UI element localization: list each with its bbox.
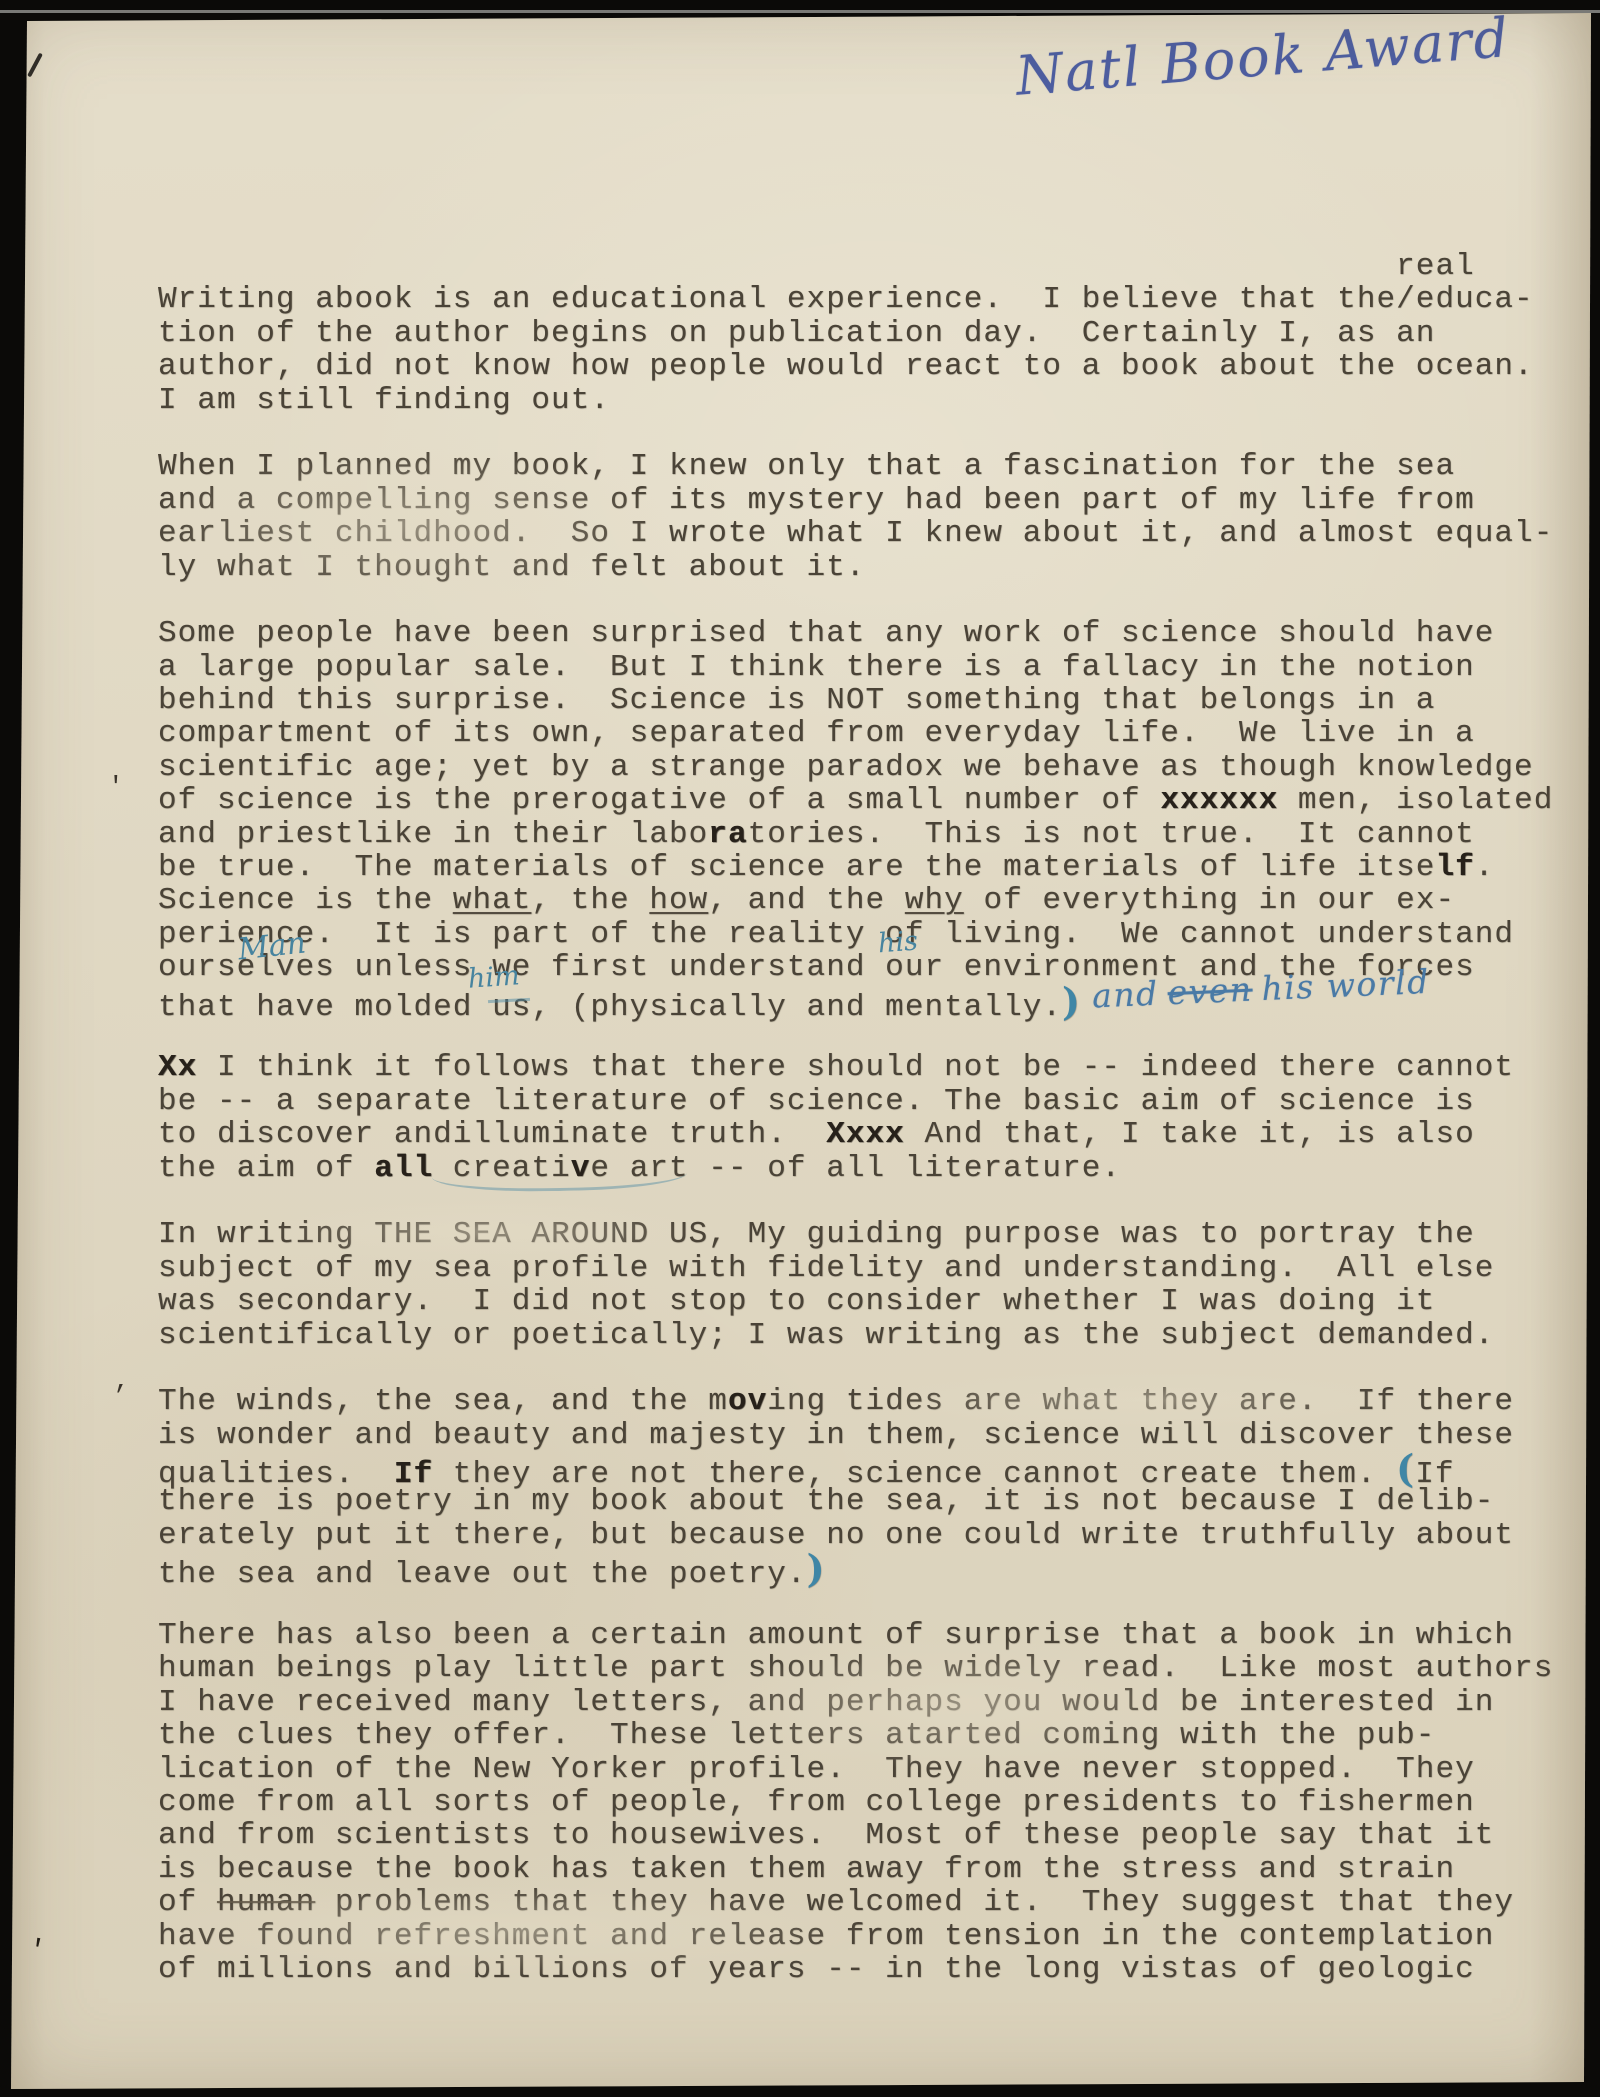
typescript-segment: that have molded us, (physically and men… (158, 990, 1062, 1025)
typescript-segment-b: all (374, 1151, 433, 1186)
typescript-segment: the clues they offer. These letters atar… (158, 1718, 1435, 1753)
typescript-segment: come from all sorts of people, from coll… (158, 1785, 1475, 1820)
typescript-line: Writing abook is an educational experien… (158, 283, 1600, 316)
document-scan: Natl Book Award realWriting abook is an … (0, 0, 1600, 2097)
handwritten-his-annotation: his (877, 926, 919, 960)
typescript-line: and a compelling sense of its mystery ha… (158, 484, 1600, 517)
typescript-line: and priestlike in their laboratories. Th… (158, 818, 1600, 851)
typescript-segment-b: Xxxx (826, 1117, 905, 1152)
typescript-line: subject of my sea profile with fidelity … (158, 1252, 1600, 1285)
typescript-segment: of (158, 1885, 217, 1920)
handwritten-him-annotation: him (467, 960, 521, 995)
corner-ink-tick (27, 53, 43, 78)
typescript-segment: subject of my sea profile with fidelity … (158, 1251, 1494, 1286)
typescript-line: qualities. If they are not there, scienc… (158, 1452, 1600, 1485)
typescript-segment: perience. It is part of the reality of l… (158, 917, 1514, 952)
typescript-line: When I planned my book, I knew only that… (158, 450, 1600, 483)
typescript-line: Science is the what, the how, and the wh… (158, 884, 1600, 917)
typescript-segment: , the (531, 883, 649, 918)
typescript-line: lication of the New Yorker profile. They… (158, 1753, 1600, 1786)
typescript-segment: author, did not know how people would re… (158, 349, 1534, 384)
typescript-segment: lication of the New Yorker profile. They… (158, 1752, 1475, 1787)
handwritten-man-annotation: Man (236, 926, 307, 968)
typescript-line: have found refreshment and release from … (158, 1920, 1600, 1953)
typescript-segment: men, isolated (1278, 783, 1553, 818)
typescript-line: come from all sorts of people, from coll… (158, 1786, 1600, 1819)
typescript-segment: be -- a separate literature of science. … (158, 1084, 1475, 1119)
typescript-paragraph: The winds, the sea, and the moving tides… (158, 1385, 1600, 1585)
typescript-segment: Science is the (158, 883, 453, 918)
typescript-segment: of everything in our ex- (964, 883, 1455, 918)
ink-speck: ' (25, 1935, 47, 1968)
paper-sheet: Natl Book Award realWriting abook is an … (0, 0, 1600, 2097)
typescript-segment: real (158, 249, 1475, 284)
typescript-segment: I have received many letters, and perhap… (158, 1685, 1494, 1720)
handwritten-struck-word: even (1167, 970, 1254, 1013)
typescript-segment: There has also been a certain amount of … (158, 1618, 1514, 1653)
typescript-line: Some people have been surprised that any… (158, 617, 1600, 650)
typescript-segment: scientific age; yet by a strange paradox… (158, 750, 1534, 785)
typescript-line: scientifically or poetically; I was writ… (158, 1319, 1600, 1352)
typescript-line: is wonder and beauty and majesty in them… (158, 1419, 1600, 1452)
typescript-segment: When I planned my book, I knew only that… (158, 449, 1455, 484)
typescript-body: realWriting abook is an educational expe… (158, 250, 1600, 2020)
typescript-paragraph: realWriting abook is an educational expe… (158, 250, 1600, 417)
typescript-line: erately put it there, but because no one… (158, 1519, 1600, 1552)
typescript-paragraph: Xx I think it follows that there should … (158, 1051, 1600, 1185)
typescript-segment: scientifically or poetically; I was writ… (158, 1318, 1494, 1353)
typescript-line: real (158, 250, 1600, 283)
typescript-segment: And that, I take it, is also (905, 1117, 1475, 1152)
typescript-segment: a large popular sale. But I think there … (158, 650, 1475, 685)
typescript-line: compartment of its own, separated from e… (158, 717, 1600, 750)
typescript-line: In writing THE SEA AROUND US, My guiding… (158, 1218, 1600, 1251)
typescript-line: of science is the prerogative of a small… (158, 784, 1600, 817)
typescript-segment: problems that they have welcomed it. The… (315, 1885, 1514, 1920)
typescript-paragraph: There has also been a certain amount of … (158, 1619, 1600, 1986)
typescript-segment: In writing THE SEA AROUND US, My guiding… (158, 1217, 1475, 1252)
typescript-segment: human beings play little part should be … (158, 1651, 1553, 1686)
scanner-edge-artifact (0, 10, 1600, 13)
ink-speck: , (114, 1366, 130, 1396)
typescript-segment: behind this surprise. Science is NOT som… (158, 683, 1435, 718)
typescript-segment: ly what I thought and felt about it. (158, 550, 866, 585)
typescript-line: of human problems that they have welcome… (158, 1886, 1600, 1919)
typescript-segment: of science is the prerogative of a small… (158, 783, 1160, 818)
typescript-segment: Some people have been surprised that any… (158, 616, 1494, 651)
typescript-line: scientific age; yet by a strange paradox… (158, 751, 1600, 784)
typescript-segment: and a compelling sense of its mystery ha… (158, 483, 1475, 518)
typescript-line: there is poetry in my book about the sea… (158, 1485, 1600, 1518)
typescript-segment-u: what (453, 883, 532, 918)
typescript-segment-b: lf (1435, 850, 1474, 885)
typescript-segment: earliest childhood. So I wrote what I kn… (158, 516, 1553, 551)
typescript-paragraph: When I planned my book, I knew only that… (158, 450, 1600, 584)
typescript-segment: , and the (708, 883, 905, 918)
typescript-line: of millions and billions of years -- in … (158, 1953, 1600, 1986)
typescript-line: tion of the author begins on publication… (158, 317, 1600, 350)
typescript-segment: was secondary. I did not stop to conside… (158, 1284, 1435, 1319)
typescript-segment: to discover andilluminate truth. (158, 1117, 826, 1152)
typescript-line: the clues they offer. These letters atar… (158, 1719, 1600, 1752)
typescript-line: I have received many letters, and perhap… (158, 1686, 1600, 1719)
typescript-segment: have found refreshment and release from … (158, 1919, 1494, 1954)
typescript-line: is because the book has taken them away … (158, 1853, 1600, 1886)
typescript-segment-u: how (649, 883, 708, 918)
typescript-segment: the sea and leave out the poetry. (158, 1557, 807, 1592)
typescript-line: I am still finding out. (158, 384, 1600, 417)
typescript-segment: The winds, the sea, and the m (158, 1384, 728, 1419)
typescript-segment-b: ov (728, 1384, 767, 1419)
typescript-segment-b: xxxxxx (1160, 783, 1278, 818)
typescript-segment: be true. The materials of science are th… (158, 850, 1435, 885)
handwritten-addition-word: and (1091, 974, 1159, 1016)
typescript-segment: I am still finding out. (158, 383, 610, 418)
typescript-line: earliest childhood. So I wrote what I kn… (158, 517, 1600, 550)
typescript-paragraph: In writing THE SEA AROUND US, My guiding… (158, 1218, 1600, 1352)
typescript-line: The winds, the sea, and the moving tides… (158, 1385, 1600, 1418)
typescript-segment-b: Xx (158, 1050, 197, 1085)
typescript-segment-u: why (905, 883, 964, 918)
typescript-line: the aim of all creative art -- of all li… (158, 1152, 1600, 1185)
typescript-line: ly what I thought and felt about it. (158, 551, 1600, 584)
typescript-line: a large popular sale. But I think there … (158, 651, 1600, 684)
typescript-line: author, did not know how people would re… (158, 350, 1600, 383)
typescript-segment: ing tides are what they are. If there (767, 1384, 1514, 1419)
handwritten-title: Natl Book Award (1013, 0, 1596, 108)
typescript-line: Xx I think it follows that there should … (158, 1051, 1600, 1084)
typescript-segment: Writing abook is an educational experien… (158, 282, 1534, 317)
typescript-segment-x: human (217, 1885, 315, 1920)
typescript-segment: there is poetry in my book about the sea… (158, 1484, 1494, 1519)
typescript-line: was secondary. I did not stop to conside… (158, 1285, 1600, 1318)
typescript-line: be -- a separate literature of science. … (158, 1085, 1600, 1118)
typescript-line: and from scientists to housewives. Most … (158, 1819, 1600, 1852)
typescript-segment: tion of the author begins on publication… (158, 316, 1435, 351)
typescript-line: be true. The materials of science are th… (158, 851, 1600, 884)
typescript-segment: erately put it there, but because no one… (158, 1518, 1514, 1553)
typescript-segment-b: ra (708, 817, 747, 852)
typescript-segment: and priestlike in their labo (158, 817, 708, 852)
typescript-line: to discover andilluminate truth. Xxxx An… (158, 1118, 1600, 1151)
typescript-segment: and from scientists to housewives. Most … (158, 1818, 1494, 1853)
typescript-line: human beings play little part should be … (158, 1652, 1600, 1685)
typescript-segment-ink: ) (807, 1546, 826, 1591)
typescript-segment: tories. This is not true. It cannot (748, 817, 1475, 852)
handwritten-addition-word: his world (1261, 962, 1431, 1008)
typescript-segment-ink: ) (1062, 979, 1081, 1024)
typescript-segment: compartment of its own, separated from e… (158, 716, 1475, 751)
typescript-segment: is because the book has taken them away … (158, 1852, 1455, 1887)
typescript-line: There has also been a certain amount of … (158, 1619, 1600, 1652)
typescript-segment: of millions and billions of years -- in … (158, 1952, 1475, 1987)
typescript-segment: is wonder and beauty and majesty in them… (158, 1418, 1514, 1453)
typescript-segment: I think it follows that there should not… (197, 1050, 1514, 1085)
typescript-segment: . (1475, 850, 1495, 885)
typescript-segment: the aim of (158, 1151, 374, 1186)
ink-speck: ' (108, 772, 124, 802)
typescript-line: behind this surprise. Science is NOT som… (158, 684, 1600, 717)
typescript-line: the sea and leave out the poetry.) (158, 1552, 1600, 1585)
